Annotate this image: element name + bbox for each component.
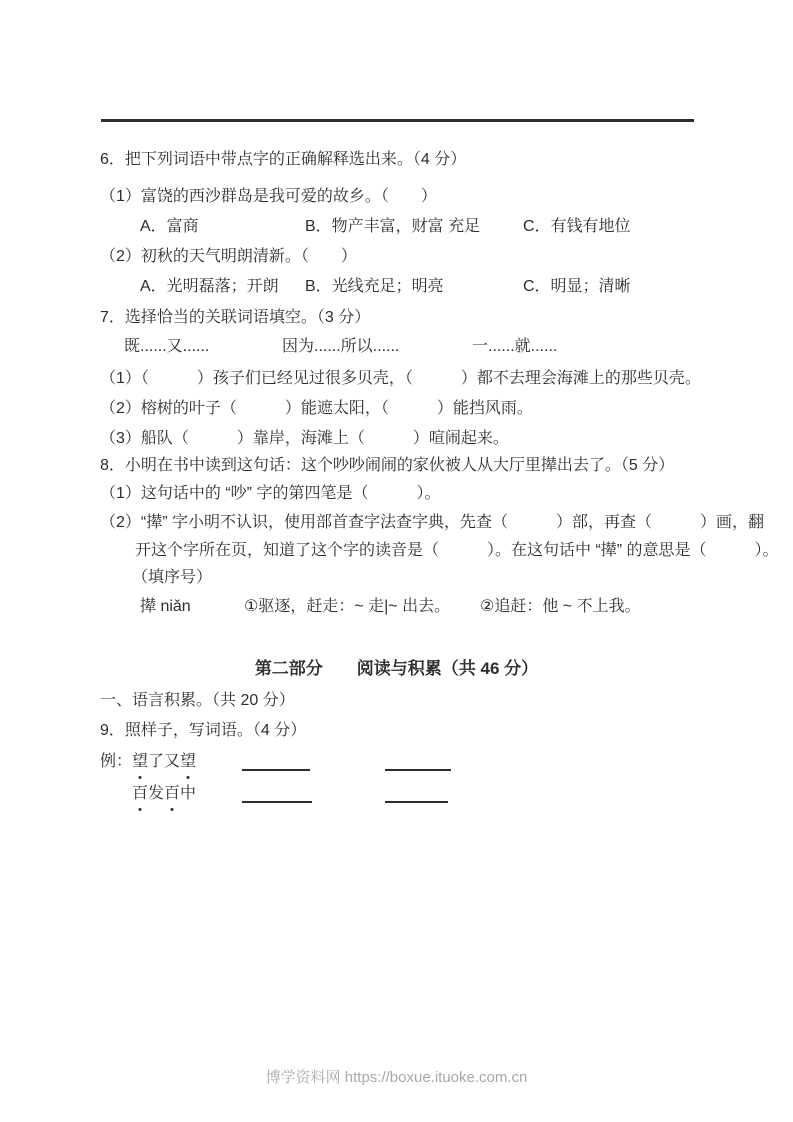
exam-paper-page: 6．把下列词语中带点字的正确解释选出来。（4 分） （1）富饶的西沙群岛是我可爱… — [0, 0, 793, 1122]
q9-row1-answer-blank-1 — [242, 752, 310, 771]
q8-dictionary-definition-1: ①驱逐，赶走：~ 走|~ 出去。 — [244, 597, 450, 617]
q9-row1-char-3: 又 — [164, 752, 180, 772]
question-9-title: 9．照样子，写词语。（4 分） — [100, 721, 306, 741]
question-7-item-1: （1）（ ）孩子们已经见过很多贝壳，（ ）都不去理会海滩上的那些贝壳。 — [100, 369, 701, 389]
q9-example-row-2: 百发百中 — [132, 784, 196, 804]
q9-row2-answer-blank-1 — [242, 784, 312, 803]
question-8-item-2-line-2: 开这个字所在页，知道了这个字的读音是（ ）。在这句话中 “撵” 的意思是（ ）。 — [135, 541, 779, 561]
q9-row2-char-1: 百 — [132, 784, 148, 804]
question-7-item-3: （3）船队（ ）靠岸，海滩上（ ）喧闹起来。 — [100, 429, 509, 449]
question-6-item-2: （2）初秋的天气明朗清新。（ ） — [100, 247, 357, 267]
question-6-item-1: （1）富饶的西沙群岛是我可爱的故乡。（ ） — [100, 187, 437, 207]
q9-row2-answer-blank-2 — [385, 784, 448, 803]
q8-dictionary-definition-2: ②追赶：他 ~ 不上我。 — [480, 597, 641, 617]
q6-item2-option-a: A．光明磊落；开朗 — [140, 277, 279, 297]
question-8-item-2-line-1: （2）“撵” 字小明不认识，使用部首查字法查字典，先查（ ）部，再查（ ）画，翻 — [100, 513, 764, 533]
q9-row2-char-2: 发 — [148, 784, 164, 804]
footer-watermark: 博学资料网 https://boxue.ituoke.com.cn — [0, 1068, 793, 1088]
q9-row1-char-2: 了 — [148, 752, 164, 772]
part-2-section-1-title: 一、语言积累。（共 20 分） — [100, 691, 295, 711]
q6-item2-option-c: C．明显；清晰 — [523, 277, 631, 297]
top-divider-rule — [101, 119, 694, 122]
part-2-heading: 第二部分 阅读与积累（共 46 分） — [0, 659, 793, 679]
q7-connective-2: 因为......所以...... — [282, 337, 399, 357]
q7-connective-1: 既......又...... — [124, 337, 209, 357]
q9-row1-answer-blank-2 — [385, 752, 451, 771]
question-8-item-2-line-3: （填序号） — [132, 568, 212, 588]
question-6-title: 6．把下列词语中带点字的正确解释选出来。（4 分） — [100, 150, 466, 170]
question-8-title: 8．小明在书中读到这句话：这个吵吵闹闹的家伙被人从大厅里撵出去了。（5 分） — [100, 456, 674, 476]
question-7-item-2: （2）榕树的叶子（ ）能遮太阳，（ ）能挡风雨。 — [100, 399, 533, 419]
q6-item1-option-c: C．有钱有地位 — [523, 217, 631, 237]
q7-connective-3: 一......就...... — [472, 337, 557, 357]
question-7-title: 7．选择恰当的关联词语填空。（3 分） — [100, 308, 370, 328]
question-8-item-1: （1）这句话中的 “吵” 字的第四笔是（ ）。 — [100, 484, 440, 504]
q6-item2-option-b: B．光线充足；明亮 — [305, 277, 444, 297]
q9-row2-char-4: 中 — [180, 784, 196, 804]
q9-row2-char-3: 百 — [164, 784, 180, 804]
q6-item1-option-b: B．物产丰富，财富 充足 — [305, 217, 480, 237]
q9-example-label: 例： — [100, 753, 132, 770]
q8-dictionary-entry-word: 撵 niǎn — [140, 597, 191, 617]
q9-row1-char-4: 望 — [180, 752, 196, 772]
q9-example-row-1: 例：望了又望 — [100, 752, 196, 772]
q6-item1-option-a: A．富商 — [140, 217, 199, 237]
q9-row1-char-1: 望 — [132, 752, 148, 772]
